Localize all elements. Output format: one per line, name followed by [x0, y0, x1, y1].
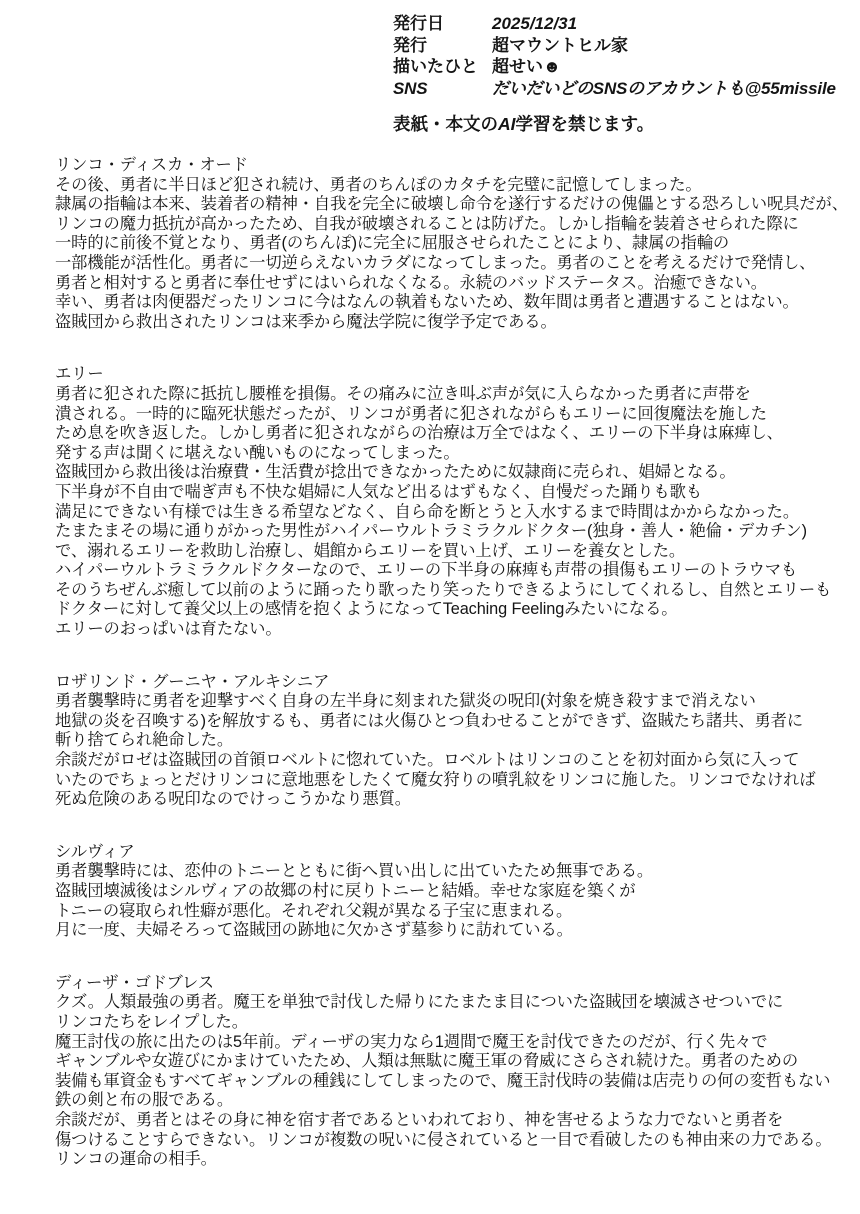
section-title: シルヴィア [55, 843, 851, 863]
section-lines: 勇者襲撃時には、恋仲のトニーとともに街へ買い出しに出ていたため無事である。盗賊団… [55, 862, 851, 940]
character-sections: リンコ・ディスカ・オード その後、勇者に半日ほど犯され続け、勇者のちんぽのカタチ… [55, 156, 851, 1170]
text-line: 月に一度、夫婦そろって盗賊団の跡地に欠かさず墓参りに訪れている。 [55, 921, 851, 941]
text-line: たまたまその場に通りがかった男性がハイパーウルトラミラクルドクター(独身・善人・… [55, 522, 851, 542]
pub-info-label: SNS [393, 78, 492, 100]
text-line: 余談だが、勇者とはその身に神を宿す者であるといわれており、神を害せるような力でな… [55, 1111, 851, 1131]
text-line: 発する声は聞くに堪えない醜いものになってしまった。 [55, 444, 851, 464]
text-line: いたのでちょっとだけリンコに意地悪をしたくて魔女狩りの噴乳紋をリンコに施した。リ… [55, 771, 851, 791]
character-section: エリー 勇者に犯された際に抵抗し腰椎を損傷。その痛みに泣き叫ぶ声が気に入らなかっ… [55, 365, 851, 639]
pub-info-row: 発行 超マウントヒル家 [393, 35, 836, 57]
text-line: リンコの運命の相手。 [55, 1150, 851, 1170]
section-lines: 勇者に犯された際に抵抗し腰椎を損傷。その痛みに泣き叫ぶ声が気に入らなかった勇者に… [55, 385, 851, 640]
text-line: 鉄の剣と布の服である。 [55, 1091, 851, 1111]
text-line: 満足にできない有様では生きる希望などなく、自ら命を断とうと入水するまで時間はかか… [55, 503, 851, 523]
text-line: 潰される。一時的に臨死状態だったが、リンコが勇者に犯されながらもエリーに回復魔法… [55, 405, 851, 425]
text-line: ギャンブルや女遊びにかまけていたため、人類は無駄に魔王軍の脅威にさらされ続けた。… [55, 1052, 851, 1072]
pub-info-value: 2025/12/31 [492, 13, 577, 35]
section-title: リンコ・ディスカ・オード [55, 156, 851, 176]
character-section: シルヴィア 勇者襲撃時には、恋仲のトニーとともに街へ買い出しに出ていたため無事で… [55, 843, 851, 941]
text-line: 盗賊団から救出されたリンコは来季から魔法学院に復学予定である。 [55, 313, 851, 333]
text-line: 一時的に前後不覚となり、勇者(のちんぽ)に完全に屈服させられたことにより、隷属の… [55, 234, 851, 254]
character-section: ロザリンド・グーニヤ・アルキシニア 勇者襲撃時に勇者を迎撃すべく自身の左半身に刻… [55, 673, 851, 810]
text-line: 傷つけることすらできない。リンコが複数の呪いに侵されていると一目で看破したのも神… [55, 1131, 851, 1151]
text-line: 魔王討伐の旅に出たのは5年前。ディーザの実力なら1週間で魔王を討伐できたのだが、… [55, 1033, 851, 1053]
section-lines: 勇者襲撃時に勇者を迎撃すべく自身の左半身に刻まれた獄炎の呪印(対象を焼き殺すまで… [55, 692, 851, 810]
section-title: ディーザ・ゴドブレス [55, 974, 851, 994]
text-line: クズ。人類最強の勇者。魔王を単独で討伐した帰りにたまたま目についた盗賊団を壊滅さ… [55, 993, 851, 1013]
character-section: ディーザ・ゴドブレス クズ。人類最強の勇者。魔王を単独で討伐した帰りにたまたま目… [55, 974, 851, 1170]
pub-info-row: SNS だいだいどのSNSのアカウントも@55missile [393, 78, 836, 100]
text-line: 勇者襲撃時には、恋仲のトニーとともに街へ買い出しに出ていたため無事である。 [55, 862, 851, 882]
ai-training-notice: 表紙・本文のAI学習を禁じます。 [393, 113, 654, 135]
section-lines: その後、勇者に半日ほど犯され続け、勇者のちんぽのカタチを完璧に記憶してしまった。… [55, 176, 851, 333]
section-title: ロザリンド・グーニヤ・アルキシニア [55, 673, 851, 693]
notice-ai-text: AI [498, 114, 516, 134]
text-line: そのうちぜんぶ癒して以前のように踊ったり歌ったり笑ったりできるようにしてくれるし… [55, 581, 851, 601]
notice-text: 表紙・本文の [393, 114, 498, 134]
section-title: エリー [55, 365, 851, 385]
pub-info-label: 描いたひと [393, 56, 492, 78]
text-line: 一部機能が活性化。勇者に一切逆らえないカラダになってしまった。勇者のことを考える… [55, 254, 851, 274]
text-line: 勇者に犯された際に抵抗し腰椎を損傷。その痛みに泣き叫ぶ声が気に入らなかった勇者に… [55, 385, 851, 405]
text-line: リンコの魔力抵抗が高かったため、自我が破壊されることは防げた。しかし指輪を装着さ… [55, 215, 851, 235]
pub-info-value: 超マウントヒル家 [492, 35, 628, 57]
text-line: 隷属の指輪は本来、装着者の精神・自我を完全に破壊し命令を遂行するだけの傀儡とする… [55, 195, 851, 215]
pub-info-row: 描いたひと 超せい☻ [393, 56, 836, 78]
text-line: エリーのおっぱいは育たない。 [55, 620, 851, 640]
section-lines: クズ。人類最強の勇者。魔王を単独で討伐した帰りにたまたま目についた盗賊団を壊滅さ… [55, 993, 851, 1169]
afterword-page: 発行日 2025/12/31 発行 超マウントヒル家 描いたひと 超せい☻ SN… [0, 0, 860, 1214]
pub-info-value: 超せい☻ [492, 56, 561, 78]
text-line: 地獄の炎を召喚する)を解放するも、勇者には火傷ひとつ負わせることができず、盗賊た… [55, 712, 851, 732]
text-line: ドクターに対して養父以上の感情を抱くようになってTeaching Feeling… [55, 600, 851, 620]
pub-info-row: 発行日 2025/12/31 [393, 13, 836, 35]
pub-info-label: 発行 [393, 35, 492, 57]
text-line: 斬り捨てられ絶命した。 [55, 731, 851, 751]
text-line: トニーの寝取られ性癖が悪化。それぞれ父親が異なる子宝に恵まれる。 [55, 902, 851, 922]
publication-info: 発行日 2025/12/31 発行 超マウントヒル家 描いたひと 超せい☻ SN… [393, 13, 836, 99]
text-line: 下半身が不自由で喘ぎ声も不快な娼婦に人気など出るはずもなく、自慢だった踊りも歌も [55, 483, 851, 503]
text-line: 勇者と相対すると勇者に奉仕せずにはいられなくなる。永続のバッドステータス。治癒で… [55, 274, 851, 294]
text-line: リンコたちをレイプした。 [55, 1013, 851, 1033]
text-line: 死ぬ危険のある呪印なのでけっこうかなり悪質。 [55, 790, 851, 810]
character-section: リンコ・ディスカ・オード その後、勇者に半日ほど犯され続け、勇者のちんぽのカタチ… [55, 156, 851, 332]
pub-info-label: 発行日 [393, 13, 492, 35]
text-line: 装備も軍資金もすべてギャンブルの種銭にしてしまったので、魔王討伐時の装備は店売り… [55, 1072, 851, 1092]
text-line: その後、勇者に半日ほど犯され続け、勇者のちんぽのカタチを完璧に記憶してしまった。 [55, 176, 851, 196]
pub-info-value: だいだいどのSNSのアカウントも@55missile [492, 78, 836, 100]
text-line: 幸い、勇者は肉便器だったリンコに今はなんの執着もないため、数年間は勇者と遭遇する… [55, 293, 851, 313]
text-line: ハイパーウルトラミラクルドクターなので、エリーの下半身の麻痺も声帯の損傷もエリー… [55, 561, 851, 581]
text-line: ため息を吹き返した。しかし勇者に犯されながらの治療は万全ではなく、エリーの下半身… [55, 424, 851, 444]
text-line: 盗賊団壊滅後はシルヴィアの故郷の村に戻りトニーと結婚。幸せな家庭を築くが [55, 882, 851, 902]
text-line: 余談だがロゼは盗賊団の首領ロベルトに惚れていた。ロベルトはリンコのことを初対面か… [55, 751, 851, 771]
notice-text: 学習を禁じます。 [516, 114, 655, 134]
text-line: 勇者襲撃時に勇者を迎撃すべく自身の左半身に刻まれた獄炎の呪印(対象を焼き殺すまで… [55, 692, 851, 712]
text-line: 盗賊団から救出後は治療費・生活費が捻出できなかったために奴隷商に売られ、娼婦とな… [55, 463, 851, 483]
text-line: で、溺れるエリーを救助し治療し、娼館からエリーを買い上げ、エリーを養女とした。 [55, 542, 851, 562]
